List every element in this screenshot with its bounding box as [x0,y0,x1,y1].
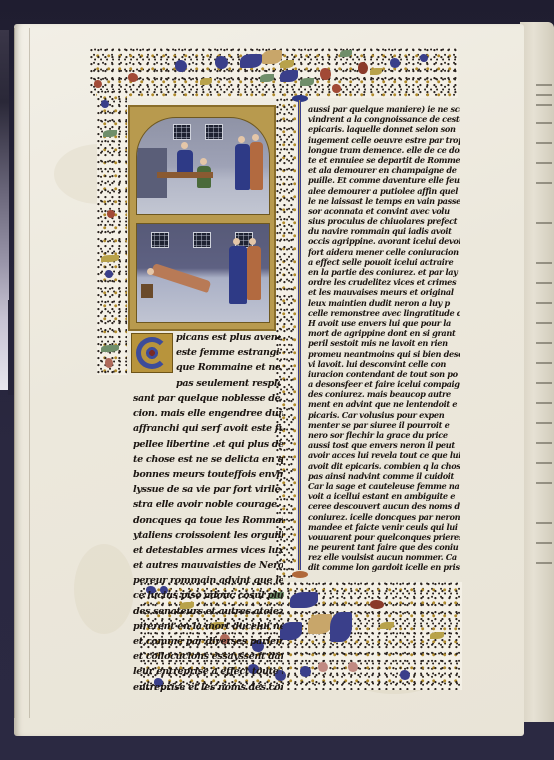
text-line: vouuarent pour quelconques prieres [308,532,460,542]
text-line: bonnes meurs touteffois environ [133,467,283,482]
text-line: du navire rommain qui iadis avoit [308,226,460,236]
text-line: affranchi qui serf avoit este fut ap [133,421,283,436]
left-text-column-body: sant par quelque noblesse de sa gna cion… [133,391,283,695]
rule-foot-ornament [292,571,308,578]
text-line: a effect selle pouoit icelui actraire [308,257,460,267]
text-line: ne peurent tant faire que des coniu [308,542,460,552]
text-line: mandee et faicte venir ceuls qui lui [308,522,460,532]
text-line: te chose est ne se delicta en quelzcques [133,452,283,467]
text-line: des senateurs et autres atoiez cos [133,604,283,619]
text-line: sor aconnata et convint avec volu [308,206,460,216]
text-line: sant par quelque noblesse de sa gna [133,391,283,406]
text-line: le ne laissast le temps en vain passer [308,196,460,206]
text-line: longue tram demence. elle de ce dole [308,145,460,155]
text-line: coniurez. icelle doncques par neron [308,512,460,522]
text-line: aussi par quelque maniere) ie ne scay [308,104,460,114]
text-line: leur entreprise a effect toute nelle [133,664,283,679]
right-text-column: aussi par quelque maniere) ie ne scay vi… [308,104,460,573]
text-line: vindrent a la congnoissance de ceste [308,114,460,124]
text-line: ce lucius piso adonc cosul plusieu [133,588,283,603]
text-line: leux maintien dudit neron a luy p [308,298,460,308]
left-text-column: picans est plus avene au este femme estr… [176,330,280,391]
binding-gutter [14,28,30,718]
text-line: que Rommaine et ne fur [176,360,280,375]
miniature-lower-scene [136,223,270,323]
text-line: ytaliens croissoient les orguilleux [133,528,283,543]
text-line: peril sestoit mis ne lavoit en rien [308,338,460,348]
text-line: et ala demourer en champaigne de [308,165,460,175]
text-line: picans est plus avene au [176,330,280,345]
text-line: aussi tost que envers neron il peut [308,440,460,450]
text-line: menter se par siuree il pourroit e [308,420,460,430]
text-line: vi lavoit. lui desconvint celle con [308,359,460,369]
left-floral-border [97,90,127,375]
text-line: iuracion contendant de tout son po [308,369,460,379]
text-line: dit comme lon gardoit icelle en prison [308,562,460,572]
text-line: nero sor flechir la grace du price [308,430,460,440]
text-line: pas seulement resplendis [176,376,280,391]
text-line: H avoit use envers lui que pour la [308,318,460,328]
text-line: pas ainsi nadvint comme il cuidoit [308,471,460,481]
adjacent-folio-edge [520,22,554,722]
text-line: et collocucions essayssent dameno [133,649,283,664]
text-line: a desonsfeer et faire icelui compaigno [308,379,460,389]
text-line: et detestables armes vices luxures [133,543,283,558]
text-line: des coniurez. mais beaucop autre [308,389,460,399]
top-floral-border [90,48,458,98]
text-line: doncques qa toue les Rommains et [133,513,283,528]
text-line: fort aidera mener celle coniuracion [308,247,460,257]
text-line: promeu neantmoins qui si bien deser [308,349,460,359]
text-line: entreprise et les noms des coniurez [133,680,283,695]
text-line: stra elle avoir noble courage. Lors [133,497,283,512]
text-line: pellee libertine .et qui plus deshonnes [133,437,283,452]
miniature-upper-scene [136,117,270,215]
text-line: avoir acces lui revela tout ce que lui [308,450,460,460]
miniature-painting [128,105,276,331]
text-line: epicaris. laquelle donnet selon son [308,124,460,134]
text-line: pereur rommain advint que le pri [133,573,283,588]
text-line: et les mauvaises meurs et original [308,287,460,297]
illuminated-initial: E [131,333,173,373]
text-line: pirerent en la mort ducelui neron [133,619,283,634]
text-line: voit a icellui estant en ambiguite e [308,491,460,501]
text-line: sius proculus de chiuolares prefect [308,216,460,226]
text-line: occis agrippine. avorant icelui devoir [308,236,460,246]
text-line: ceree descouvert aucun des noms des [308,501,460,511]
text-line: lyssue de sa vie par fort virile demo [133,482,283,497]
text-line: cion. mais elle engendree dun pere [133,406,283,421]
text-line: te et ennuiee se departit de Romme [308,155,460,165]
text-line: et comme par diverses parlemens [133,634,283,649]
text-line: Car la sage et cauteleuse femme na [308,481,460,491]
text-line: mort de agrippine dont en si grant [308,328,460,338]
text-line: este femme estrangiere [176,345,280,360]
text-line: et autres mauvaisties de Neron le [133,558,283,573]
text-line: celle remonstree avec lingratitude de [308,308,460,318]
text-line: en la partie des coniurez. et par lay [308,267,460,277]
text-line: ordre les crudelitez vices et crimes [308,277,460,287]
text-line: iugement celle oeuvre estre par trop [308,135,460,145]
column-rule [298,100,301,570]
text-line: puille. Et comme daventure elle feust [308,175,460,185]
text-line: ment en advint que ne lentendoit e [308,399,460,409]
text-line: rez elle voulsist aucun nommer. Ca [308,552,460,562]
text-line: picaris. Car volusius pour expen [308,410,460,420]
text-line: alee demourer a putiolee affin quel [308,186,460,196]
text-line: avoit dit epicaris. combien q la chose [308,461,460,471]
